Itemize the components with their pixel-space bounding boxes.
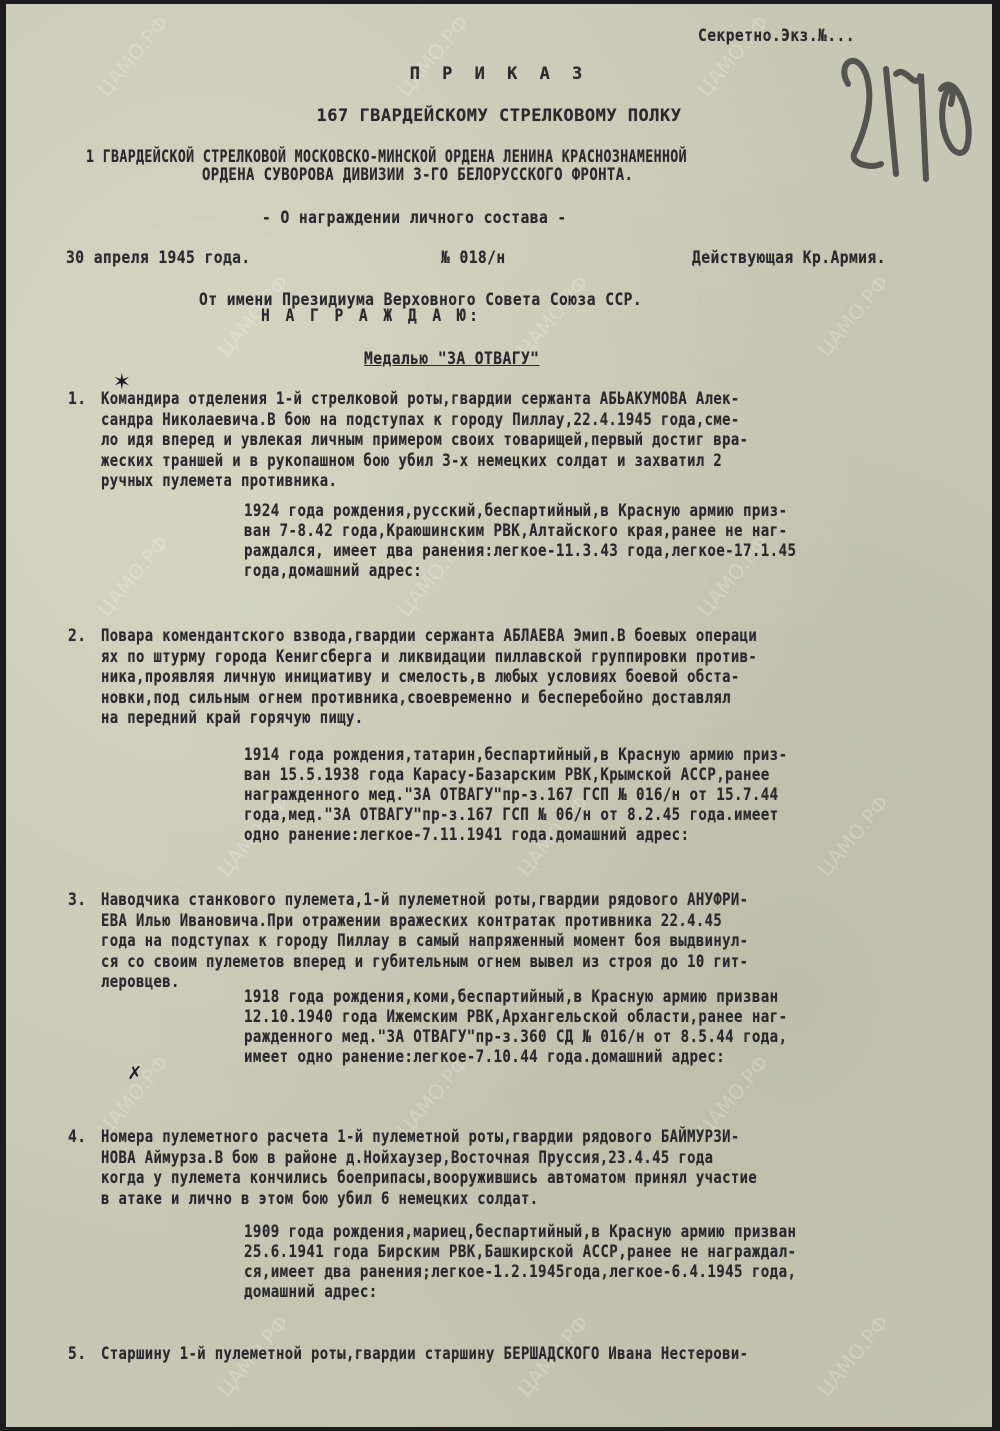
entry-text-line: Номера пулеметного расчета 1-й пулеметно… (101, 1127, 740, 1147)
entry-text-line: ях по штурму города Кенигсберга и ликвид… (101, 647, 757, 667)
entry-text-line: ся со своим пулеметов вперед и губительн… (101, 952, 748, 972)
entry-bio-line: 1909 года рождения,мариец,беспартийный,в… (244, 1222, 796, 1242)
entry-number: 4. (68, 1127, 86, 1147)
entry-text-line: Наводчика станкового пулемета,1-й пулеме… (101, 890, 748, 910)
entry-bio-line: 12.10.1940 года Ижемским РВК,Архангельск… (244, 1007, 788, 1027)
entry-bio-line: года,домашний адрес: (244, 561, 422, 581)
ink-mark: ✗ (128, 1060, 141, 1085)
document-page: ЦАМО.РФЦАМО.РФЦАМО.РФЦАМО.РФЦАМО.РФЦАМО.… (6, 4, 992, 1427)
secret-stamp: Секретно.Экз.№... (698, 26, 855, 46)
entry-text-line: Старшину 1-й пулеметной роты,гвардии ста… (101, 1344, 748, 1364)
entry-bio-line: 1924 года рождения,русский,беспартийный,… (244, 501, 788, 521)
entry-bio-line: ся,имеет два ранения;легкое-1.2.1945года… (244, 1262, 796, 1282)
entry-text-line: ника,проявляя личную инициативу и смелос… (101, 667, 740, 687)
entry-text-line: новки,под сильным огнем противника,своев… (101, 688, 731, 708)
entry-number: 2. (68, 626, 86, 646)
entry-text-line: Командира отделения 1-й стрелковой роты,… (101, 389, 740, 409)
entry-bio-line: ражденного мед."ЗА ОТВАГУ"пр-з.360 СД № … (244, 1027, 788, 1047)
order-place: Действующая Кр.Армия. (692, 248, 886, 268)
division-line-1: 1 ГВАРДЕЙСКОЙ СТРЕЛКОВОЙ МОСКОВСКО-МИНСК… (86, 147, 687, 166)
entry-text-line: года на подступах к городу Пиллау в самы… (101, 931, 748, 951)
entry-text-line: леровцев. (101, 972, 180, 992)
entry-bio-line: ван 7-8.42 года,Краюшинским РВК,Алтайско… (244, 521, 788, 541)
entry-bio-line: домашний адрес: (244, 1282, 378, 1302)
ink-mark: ✶ (114, 366, 130, 396)
watermark-text: ЦАМО.РФ (813, 791, 894, 881)
watermark-text: ЦАМО.РФ (93, 531, 174, 621)
entry-text-line: ручных пулемета противника. (101, 471, 337, 491)
entry-bio-line: имеет одно ранение:легкое-7.10.44 года.д… (244, 1047, 725, 1067)
entry-text-line: на передний край горячую пищу. (101, 708, 363, 728)
entry-number: 3. (68, 890, 86, 910)
entry-text-line: Повара комендантского взвода,гвардии сер… (101, 626, 757, 646)
entry-bio-line: ван 15.5.1938 года Карасу-Базарским РВК,… (244, 765, 770, 785)
entry-text-line: ло идя вперед и увлекая личным примером … (101, 430, 748, 450)
watermark-text: ЦАМО.РФ (513, 271, 594, 361)
entry-bio-line: награжденного мед."ЗА ОТВАГУ"пр-з.167 ГС… (244, 785, 779, 805)
watermark-text: ЦАМО.РФ (693, 11, 774, 101)
watermark-text: ЦАМО.РФ (813, 1311, 894, 1401)
order-number: № 018/н (441, 248, 506, 268)
entry-bio-line: раждался, имеет два ранения:легкое-11.3.… (244, 541, 796, 561)
medal-heading: Медалью "ЗА ОТВАГУ" (364, 349, 539, 369)
entry-number: 5. (68, 1344, 86, 1364)
entry-bio-line: года,мед."ЗА ОТВАГУ"пр-з.167 ГСП № 06/н … (244, 805, 779, 825)
watermark-text: ЦАМО.РФ (813, 271, 894, 361)
regiment-heading: 167 ГВАРДЕЙСКОМУ СТРЕЛКОВОМУ ПОЛКУ (6, 106, 992, 126)
entry-bio-line: 25.6.1941 года Бирским РВК,Башкирской АС… (244, 1242, 796, 1262)
entry-number: 1. (68, 389, 86, 409)
entry-text-line: когда у пулемета кончились боеприпасы,во… (101, 1168, 757, 1188)
entry-bio-line: одно ранение:легкое-7.11.1941 года.домаш… (244, 825, 690, 845)
entry-text-line: сандра Николаевича.В бою на подступах к … (101, 410, 740, 430)
watermark-text: ЦАМО.РФ (393, 11, 474, 101)
document-title: П Р И К А З (6, 64, 992, 84)
entry-text-line: ЕВА Илью Ивановича.При отражении вражеск… (101, 911, 722, 931)
watermark-text: ЦАМО.РФ (93, 11, 174, 101)
entry-text-line: НОВА Аймурза.В бою в районе д.Нойхаузер,… (101, 1148, 713, 1168)
entry-bio-line: 1914 года рождения,татарин,беспартийный,… (244, 745, 788, 765)
division-line-2: ОРДЕНА СУВОРОВА ДИВИЗИИ 3-ГО БЕЛОРУССКОГ… (202, 165, 633, 185)
entry-bio-line: 1918 года рождения,коми,беспартийный,в К… (244, 987, 779, 1007)
award-verb: Н А Г Р А Ж Д А Ю: (261, 306, 481, 326)
order-date: 30 апреля 1945 года. (66, 248, 251, 268)
entry-text-line: жеских траншей и в рукопашном бою убил 3… (101, 451, 722, 471)
entry-text-line: в атаке и лично в этом бою убил 6 немецк… (101, 1189, 538, 1209)
order-topic: - О награждении личного состава - (262, 208, 567, 228)
